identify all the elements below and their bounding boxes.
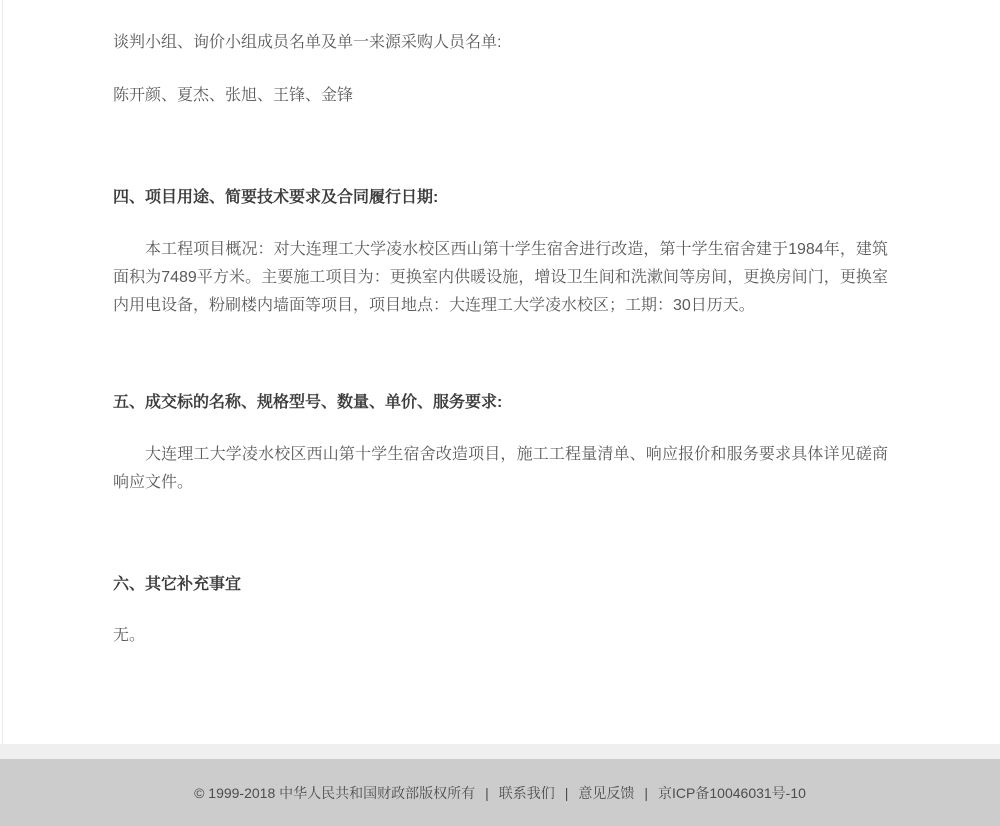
section-awarded-items: 五、成交标的名称、规格型号、数量、单价、服务要求: 大连理工大学凌水校区西山第十… xyxy=(113,389,888,497)
footer-separator: | xyxy=(644,785,648,801)
section-supplementary-body: 无。 xyxy=(113,622,888,650)
icp-number: 京ICP备10046031号-10 xyxy=(658,783,806,803)
section-project-use: 四、项目用途、简要技术要求及合同履行日期: 本工程项目概况：对大连理工大学凌水校… xyxy=(113,184,888,320)
section-supplementary-heading: 六、其它补充事宜 xyxy=(113,571,888,599)
left-edge-divider xyxy=(2,0,3,744)
section-project-use-heading: 四、项目用途、简要技术要求及合同履行日期: xyxy=(113,184,888,212)
page-footer: © 1999-2018 中华人民共和国财政部版权所有 | 联系我们 | 意见反馈… xyxy=(0,759,1000,826)
feedback-link[interactable]: 意见反馈 xyxy=(578,783,634,803)
contact-us-link[interactable]: 联系我们 xyxy=(499,783,555,803)
section-supplementary: 六、其它补充事宜 无。 xyxy=(113,571,888,650)
copyright-text: © 1999-2018 中华人民共和国财政部版权所有 xyxy=(194,783,475,803)
footer-separator: | xyxy=(565,785,569,801)
page: 谈判小组、询价小组成员名单及单一来源采购人员名单: 陈开颜、夏杰、张旭、王锋、金… xyxy=(0,0,1000,826)
panel-list-label: 谈判小组、询价小组成员名单及单一来源采购人员名单: xyxy=(113,29,888,57)
pre-footer-strip xyxy=(0,744,1000,759)
footer-separator: | xyxy=(485,785,489,801)
section-awarded-items-body: 大连理工大学凌水校区西山第十学生宿舍改造项目，施工工程量清单、响应报价和服务要求… xyxy=(113,441,888,497)
panel-members: 陈开颜、夏杰、张旭、王锋、金锋 xyxy=(113,82,888,110)
section-awarded-items-heading: 五、成交标的名称、规格型号、数量、单价、服务要求: xyxy=(113,389,888,417)
article-content: 谈判小组、询价小组成员名单及单一来源采购人员名单: 陈开颜、夏杰、张旭、王锋、金… xyxy=(0,0,1000,744)
section-project-use-body: 本工程项目概况：对大连理工大学凌水校区西山第十学生宿舍进行改造，第十学生宿舍建于… xyxy=(113,236,888,320)
